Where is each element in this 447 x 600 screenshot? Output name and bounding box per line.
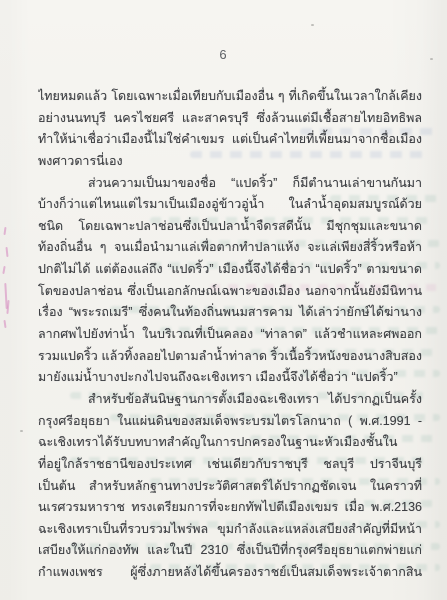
pink-margin-mark [3,227,6,235]
text-line: กรุงศรีอยุธยา ในแผ่นดินของสมเด็จพระบรมไต… [38,411,422,433]
text-line: ส่วนความเป็นมาของชื่อ “แปดริ้ว” ก็มีตำนา… [38,173,422,195]
scan-speck [20,430,23,432]
page-number: 6 [0,47,447,62]
text-line: ทำให้น่าเชื่อว่าเมืองนี้ไม่ใช่คำเขมร แต่… [38,129,422,151]
text-line: ชนิด โดยเฉพาะปลาช่อนซึ่งเป็นปลาน้ำจืดรสด… [38,216,422,238]
scanned-page: 6 ไทยหมดแล้ว โดยเฉพาะเมื่อเทียบกับเมืองอ… [0,0,447,600]
text-line: นเรศวรมหาราช ทรงเตรียมการที่จะยกทัพไปตีเ… [38,497,422,519]
pink-margin-mark [2,266,5,274]
text-line: สำหรับข้อสันนิษฐานการตั้งเมืองฉะเชิงเทรา… [38,389,422,411]
text-line: เรื่อง “พระรถเมรี” ซึ่งคนในท้องถิ่นพนมสา… [38,302,422,324]
text-line: พงศาวดารนี่เอง [38,151,422,173]
text-line: ท้องถิ่นอื่น ๆ จนเมื่อนำมาแล่เพื่อตากทำป… [38,237,422,259]
document-text: ไทยหมดแล้ว โดยเฉพาะเมื่อเทียบกับเมืองอื่… [38,86,422,584]
pink-margin-mark [3,320,6,328]
text-line: เป็นต้น สำหรับหลักฐานทางประวัติศาสตร์ได้… [38,476,422,498]
text-line: กำแพงเพชร ผู้ซึ่งภายหลังได้ขึ้นครองราชย์… [38,562,422,584]
pink-margin-mark [6,300,9,314]
pink-margin-mark [5,247,8,257]
text-line: ไทยหมดแล้ว โดยเฉพาะเมื่อเทียบกับเมืองอื่… [38,86,422,108]
text-line: บ้างก็ว่าแต่ไหนแต่ไรมาเป็นเมืองอู่ข้าวอู… [38,194,422,216]
text-line: ฉะเชิงเทราได้รับบทบาทสำคัญในการปกครองในฐ… [38,432,422,454]
scan-speck [311,24,314,26]
text-line: ปกติไม่ได้ แต่ต้องแล่ถึง “แปดริ้ว” เมือง… [38,259,422,281]
text-line: มายังแม่น้ำบางปะกงไปจนถึงฉะเชิงเทรา เมือ… [38,367,422,389]
text-line: ฉะเชิงเทราเป็นที่รวบรวมไพร่พล ขุมกำลังแล… [38,519,422,541]
text-line: เสบียงให้แก่กองทัพ และในปี 2310 ซึ่งเป็น… [38,540,422,562]
text-line: ที่อยู่ใกล้ราชธานีของประเทศ เช่นเดียวกับ… [38,454,422,476]
text-line: รวมแปดริ้ว แล้วทิ้งลอยไปตามลำน้ำท่าลาด ร… [38,346,422,368]
text-line: อย่างนนทบุรี นครไชยศรี และสาครบุรี ซึ่งล… [38,108,422,130]
text-line: ลากศพไปยังท่าน้ำ ในบริเวณที่เป็นคลอง “ท่… [38,324,422,346]
text-line: โตของปลาช่อน ซึ่งเป็นเอกลักษณ์เฉพาะของเม… [38,281,422,303]
